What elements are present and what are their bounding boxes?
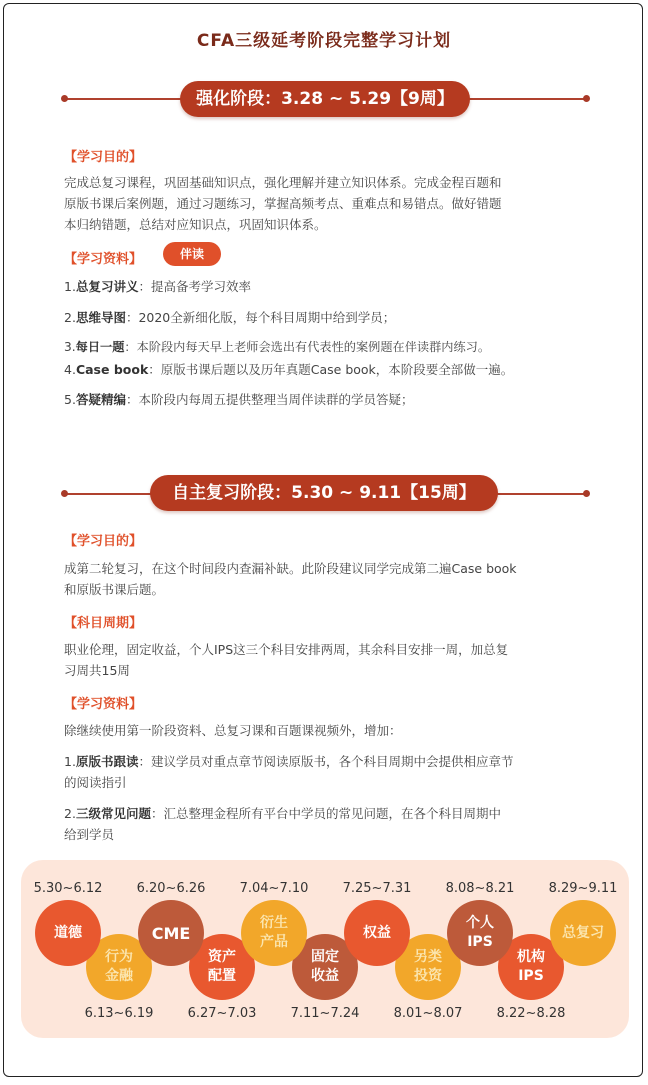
timeline-date: 7.25~7.31: [343, 881, 412, 896]
item-title: 三级常见问题: [76, 806, 151, 821]
stage2-cycle-line: 职业伦理，固定收益，个人IPS这三个科目安排两周，其余科目安排一周，加总复: [64, 639, 589, 660]
item-number: 1.: [64, 279, 76, 294]
stage1-material-item: 3.每日一题：本阶段内每天早上老师会选出有代表性的案例题在伴读群内练习。: [64, 337, 589, 358]
item-title: 每日一题: [76, 340, 125, 354]
page-title: CFA三级延考阶段完整学习计划: [0, 26, 648, 51]
stage2-cycle-line: 习周共15周: [64, 660, 589, 681]
subject-cme: CME: [138, 900, 204, 966]
timeline-date: 6.13~6.19: [85, 1006, 154, 1021]
stage1-dot-left: [61, 95, 68, 102]
item-number: 1.: [64, 754, 76, 769]
stage1-line-left: [64, 98, 184, 100]
subject-equity: 权益: [344, 900, 410, 966]
stage1-header: 强化阶段：3.28 ~ 5.29【9周】: [180, 81, 470, 117]
item-text-cont: 的阅读指引: [64, 772, 589, 793]
stage1-material-item: 5.答疑精编：本阶段内每周五提供整理当周伴读群的学员答疑；: [64, 389, 589, 410]
stage1-dot-right: [583, 95, 590, 102]
item-number: 3.: [64, 340, 76, 354]
item-text: ：本阶段内每周五提供整理当周伴读群的学员答疑；: [126, 392, 414, 407]
stage1-goal-line: 原版书课后案例题，通过习题练习，掌握高频考点、重难点和易错点。做好错题: [64, 193, 589, 214]
item-text: ：建议学员对重点章节阅读原版书，各个科目周期中会提供相应章节: [138, 754, 513, 769]
stage2-cycle-label: 【科目周期】: [64, 612, 142, 631]
stage2-dot-right: [583, 490, 590, 497]
stage1-line-right: [465, 98, 585, 100]
item-title: 总复习讲义: [76, 279, 139, 294]
stage1-goal-text: 完成总复习课程，巩固基础知识点，强化理解并建立知识体系。完成金程百题和 原版书课…: [64, 172, 589, 235]
subject-final-review: 总复习: [550, 900, 616, 966]
stage1-material-item: 2.思维导图：2020全新细化版，每个科目周期中给到学员；: [64, 307, 589, 328]
timeline-date: 8.01~8.07: [394, 1006, 463, 1021]
stage2-goal-label: 【学习目的】: [64, 530, 142, 549]
timeline-date: 8.22~8.28: [497, 1006, 566, 1021]
stage2-material-item: 2.三级常见问题：汇总整理金程所有平台中学员的常见问题，在各个科目周期中 给到学…: [64, 803, 589, 845]
stage1-material-item: 1.总复习讲义：提高备考学习效率: [64, 276, 589, 297]
item-title: Case book: [76, 362, 148, 377]
stage2-header: 自主复习阶段：5.30 ~ 9.11【15周】: [150, 475, 498, 511]
subject-derivatives: 衍生产品: [241, 900, 307, 966]
item-title: 原版书跟读: [76, 754, 139, 769]
subject-private-ips: 个人IPS: [447, 900, 513, 966]
item-text: ：本阶段内每天早上老师会选出有代表性的案例题在伴读群内练习。: [124, 340, 490, 354]
item-title: 思维导图: [76, 310, 126, 325]
item-text: ：2020全新细化版，每个科目周期中给到学员；: [126, 310, 395, 325]
subject-ethics: 道德: [35, 900, 101, 966]
item-text: ：汇总整理金程所有平台中学员的常见问题，在各个科目周期中: [151, 806, 501, 821]
stage1-goal-line: 完成总复习课程，巩固基础知识点，强化理解并建立知识体系。完成金程百题和: [64, 172, 589, 193]
timeline-date: 6.27~7.03: [188, 1006, 257, 1021]
timeline-date: 8.08~8.21: [446, 881, 515, 896]
timeline-date: 7.04~7.10: [240, 881, 309, 896]
item-text: ：原版书课后题以及历年真题Case book，本阶段要全部做一遍。: [148, 362, 513, 377]
stage1-goal-line: 本归纳错题，总结对应知识点，巩固知识体系。: [64, 214, 589, 235]
timeline-date: 8.29~9.11: [549, 881, 618, 896]
stage2-materials-label: 【学习资料】: [64, 693, 142, 712]
item-number: 2.: [64, 806, 76, 821]
companion-reading-badge: 伴读: [163, 242, 221, 266]
item-number: 5.: [64, 392, 76, 407]
stage1-materials-label: 【学习资料】: [64, 248, 142, 267]
stage2-goal-line: 和原版书课后题。: [64, 579, 589, 600]
stage2-goal-text: 成第二轮复习，在这个时间段内查漏补缺。此阶段建议同学完成第二遍Case book…: [64, 558, 589, 600]
stage2-goal-line: 成第二轮复习，在这个时间段内查漏补缺。此阶段建议同学完成第二遍Case book: [64, 558, 589, 579]
stage1-goal-label: 【学习目的】: [64, 146, 142, 165]
item-number: 4.: [64, 362, 76, 377]
stage2-line-left: [64, 493, 154, 495]
timeline-date: 5.30~6.12: [34, 881, 103, 896]
timeline-date: 7.11~7.24: [291, 1006, 360, 1021]
stage2-line-right: [495, 493, 585, 495]
item-number: 2.: [64, 310, 76, 325]
stage2-material-item: 1.原版书跟读：建议学员对重点章节阅读原版书，各个科目周期中会提供相应章节 的阅…: [64, 751, 589, 793]
stage2-materials-intro: 除继续使用第一阶段资料、总复习课和百题课视频外，增加：: [64, 720, 589, 741]
stage1-material-item: 4.Case book：原版书课后题以及历年真题Case book，本阶段要全部…: [64, 359, 589, 380]
item-title: 答疑精编: [76, 392, 126, 407]
timeline-date: 6.20~6.26: [137, 881, 206, 896]
stage2-dot-left: [61, 490, 68, 497]
stage2-cycle-text: 职业伦理，固定收益，个人IPS这三个科目安排两周，其余科目安排一周，加总复 习周…: [64, 639, 589, 681]
item-text: ：提高备考学习效率: [138, 279, 251, 294]
item-text-cont: 给到学员: [64, 824, 589, 845]
